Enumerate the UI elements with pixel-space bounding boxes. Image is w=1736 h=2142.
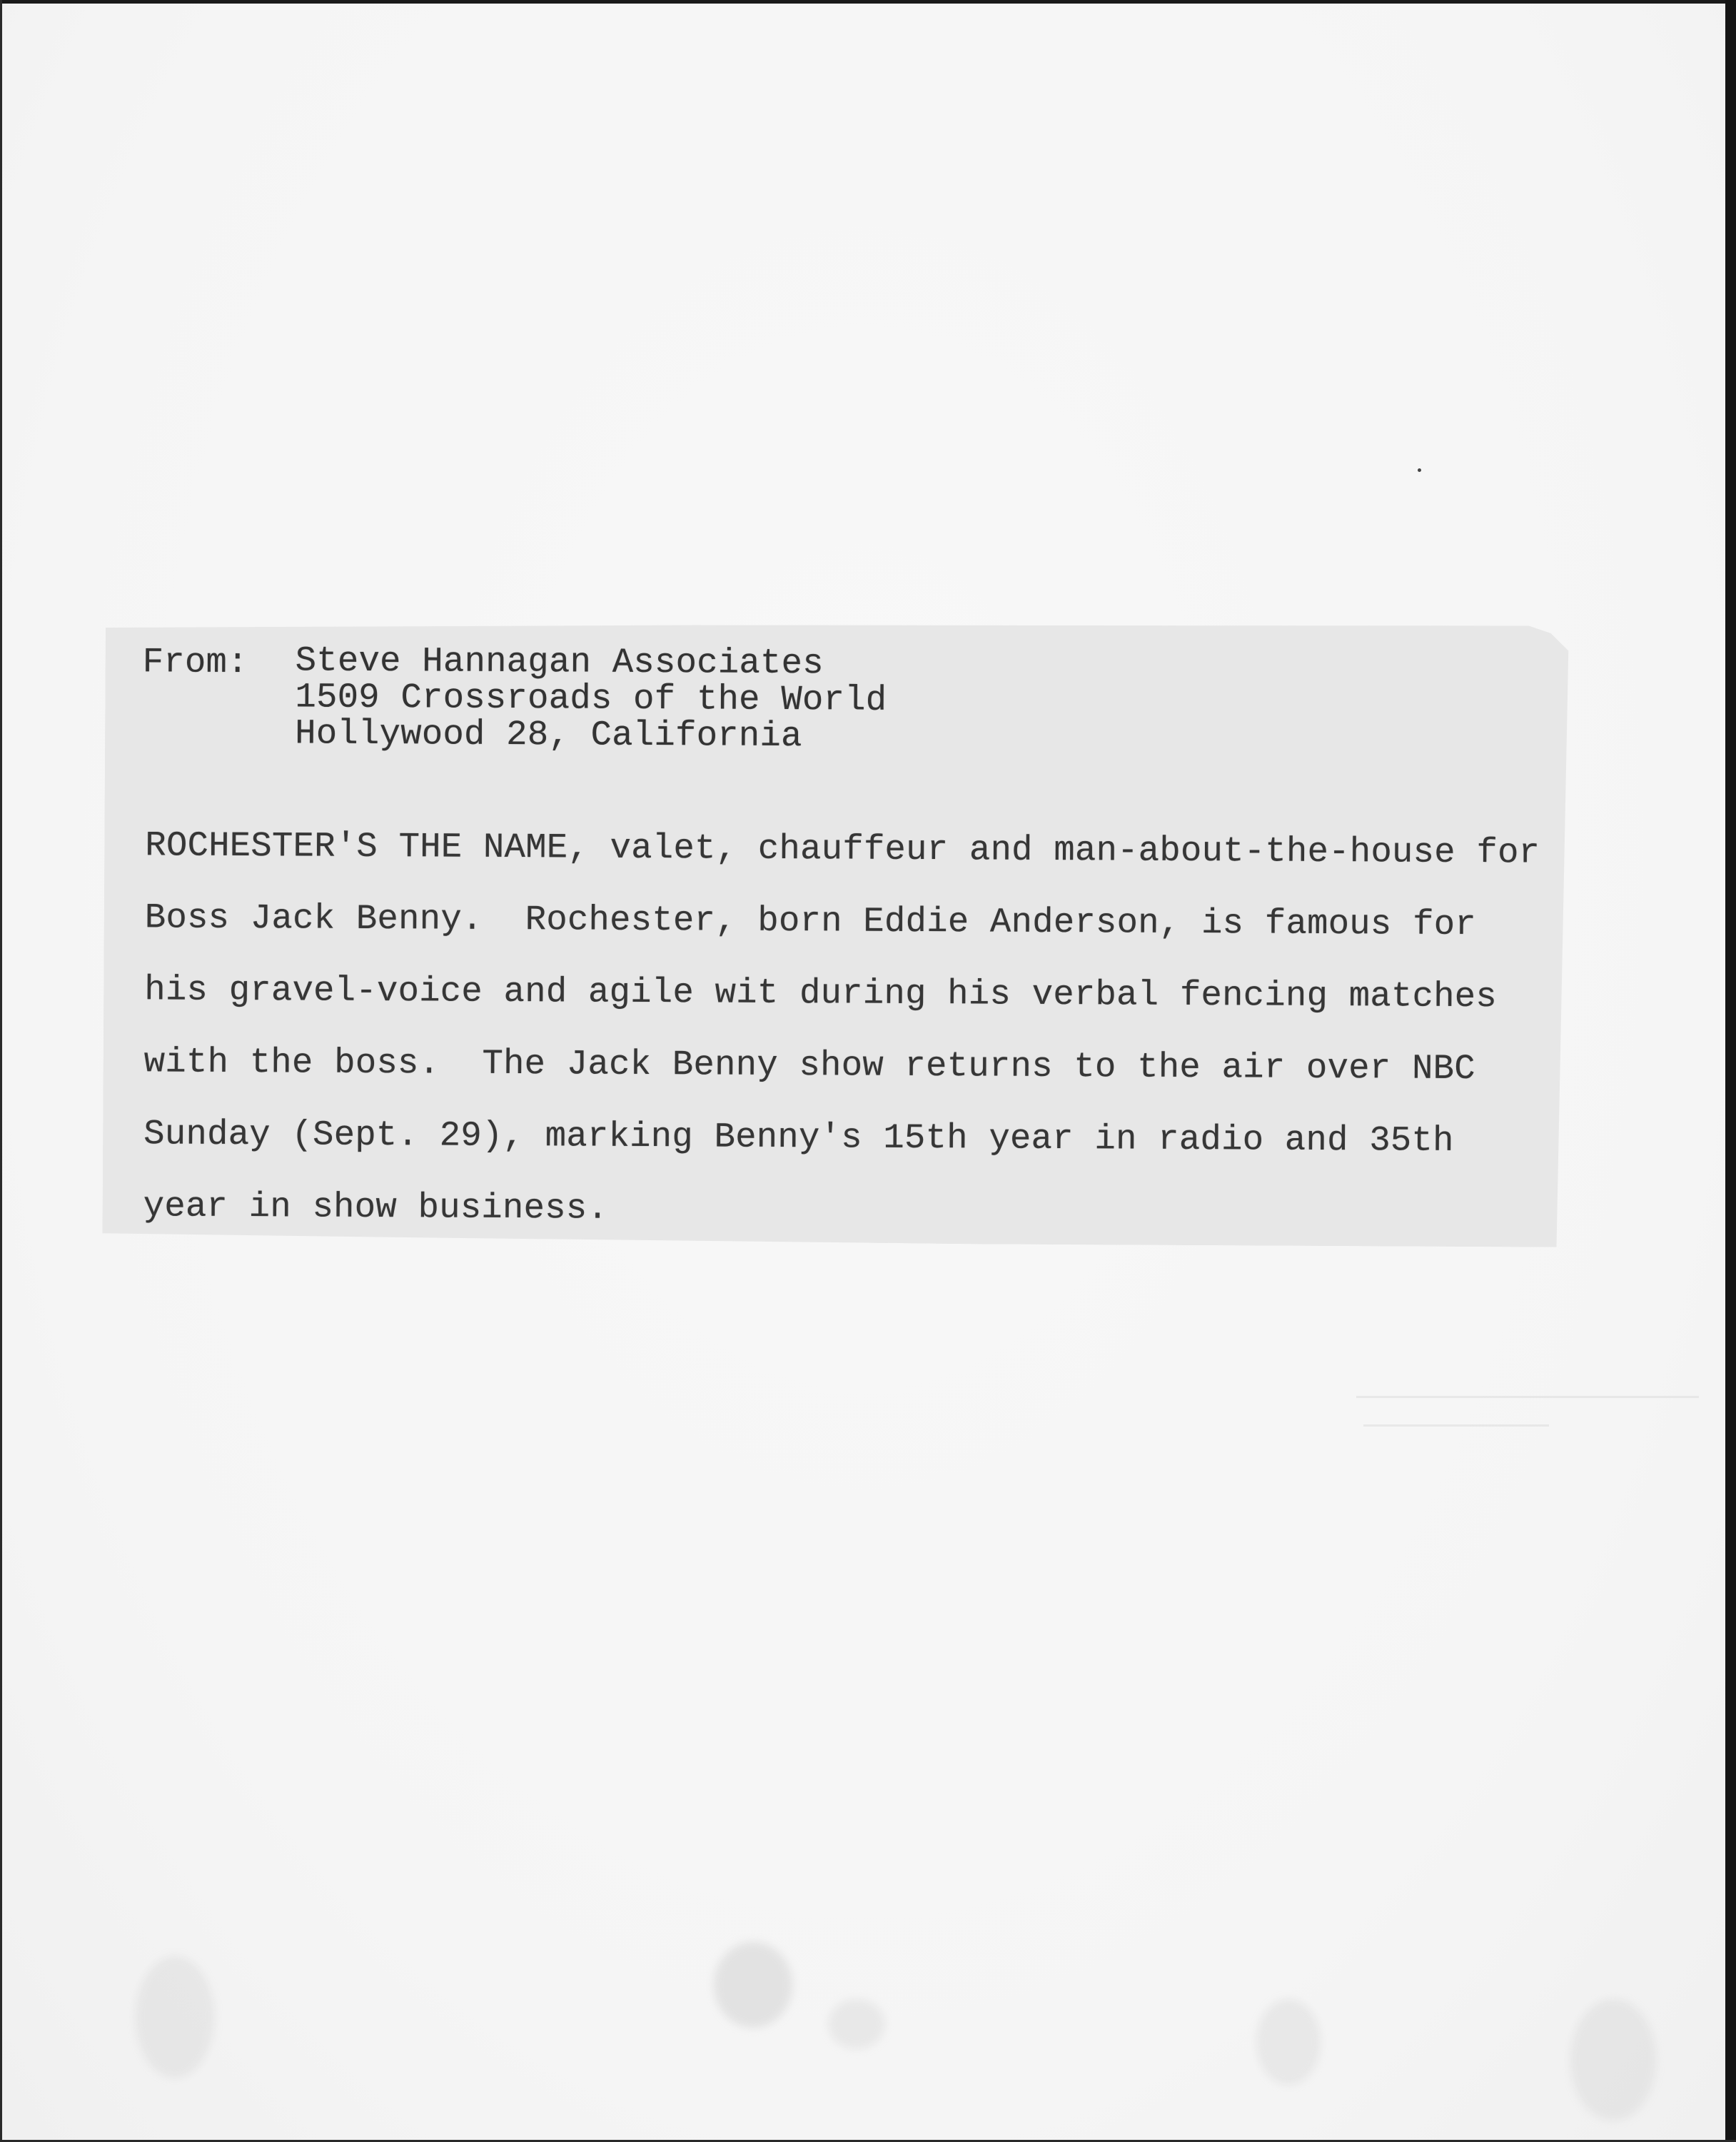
- caption-body: ROCHESTER'S THE NAME, valet, chauffeur a…: [143, 810, 1540, 1249]
- ghost-text-mark: [1363, 1424, 1549, 1427]
- smudge-mark: [1256, 1999, 1321, 2085]
- smudge-mark: [828, 1999, 885, 2049]
- sender-name: Steve Hannagan Associates: [296, 643, 887, 682]
- dust-speck: [1418, 468, 1421, 472]
- from-label: From:: [143, 642, 248, 683]
- scan-border-top: [0, 0, 1736, 4]
- scan-border-right: [1725, 0, 1736, 2142]
- sender-city: Hollywood 28, California: [295, 715, 887, 755]
- ghost-text-mark: [1356, 1396, 1699, 1398]
- caption-line: ROCHESTER'S THE NAME, valet, chauffeur a…: [145, 810, 1540, 889]
- smudge-mark: [1570, 1999, 1656, 2121]
- sender-address-block: Steve Hannagan Associates 1509 Crossroad…: [295, 643, 887, 755]
- scan-border-left: [0, 0, 2, 2142]
- sender-street: 1509 Crossroads of the World: [295, 679, 887, 718]
- caption-line: Sunday (Sept. 29), marking Benny's 15th …: [143, 1098, 1538, 1177]
- caption-line: Boss Jack Benny. Rochester, born Eddie A…: [145, 882, 1540, 961]
- smudge-mark: [136, 1956, 214, 2078]
- smudge-mark: [714, 1942, 792, 2028]
- caption-line: his gravel-voice and agile wit during hi…: [144, 954, 1539, 1033]
- caption-line: with the boss. The Jack Benny show retur…: [143, 1026, 1538, 1105]
- caption-slip: From: Steve Hannagan Associates 1509 Cro…: [102, 618, 1580, 1247]
